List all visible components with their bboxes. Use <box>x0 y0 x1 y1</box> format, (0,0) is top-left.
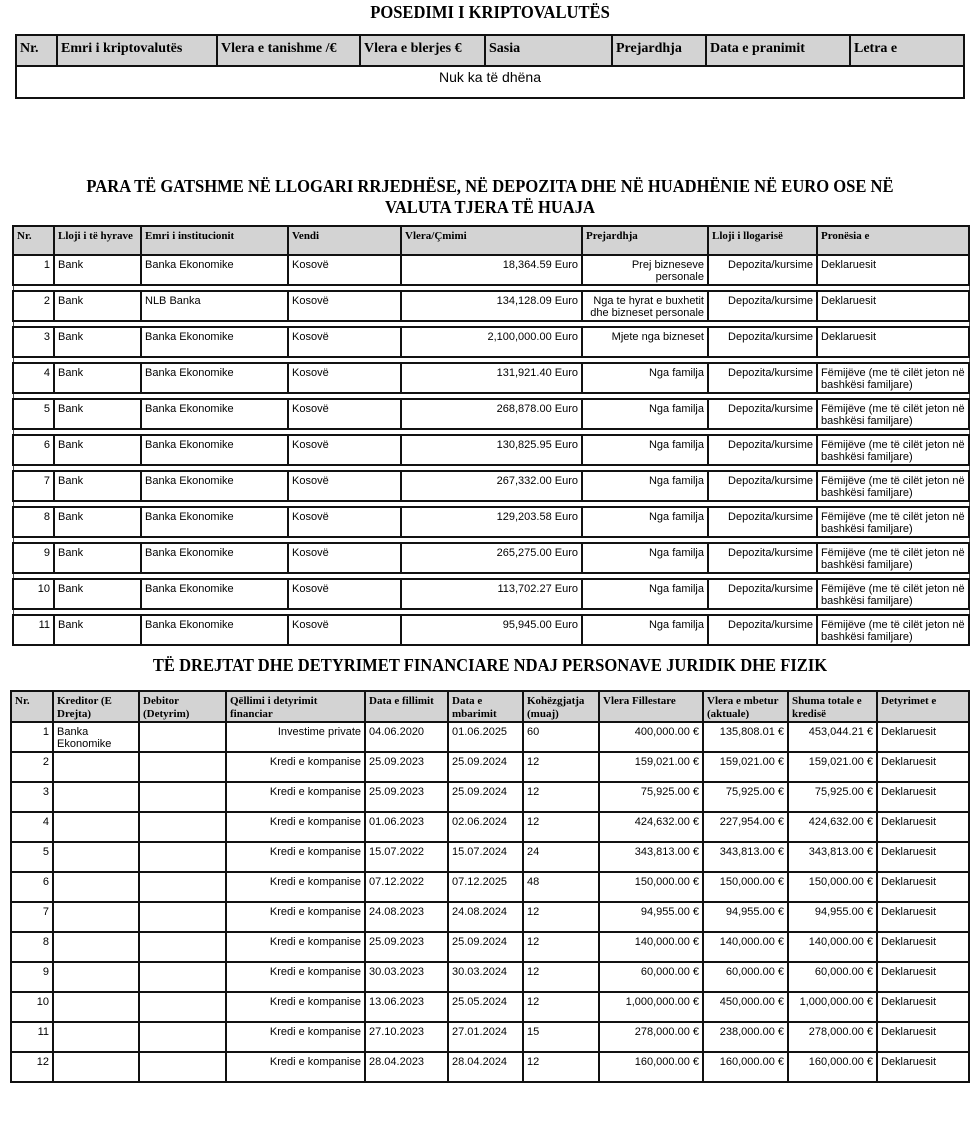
obligations-table-row-cell <box>139 752 226 782</box>
obligations-table-row-cell: 60,000.00 € <box>599 962 703 992</box>
obligations-table-row-cell: 94,955.00 € <box>703 902 788 932</box>
obligations-table-row-cell: Kredi e kompanise <box>226 842 365 872</box>
obligations-header-cell: Debitor (Detyrim) <box>139 691 226 722</box>
cash-table-row-cell: Kosovë <box>288 363 401 393</box>
cash-table-row-cell: Kosovë <box>288 255 401 285</box>
cash-table-row-cell: 8 <box>13 507 54 537</box>
obligations-table-row-cell: 04.06.2020 <box>365 722 448 752</box>
cash-table-row-cell: 2,100,000.00 Euro <box>401 327 582 357</box>
cash-table-row-cell: Bank <box>54 579 141 609</box>
cash-table-row-cell: 7 <box>13 471 54 501</box>
cash-table-row: 5BankBanka EkonomikeKosovë268,878.00 Eur… <box>13 399 969 429</box>
obligations-table-row-cell: 227,954.00 € <box>703 812 788 842</box>
cash-table-row-cell: Bank <box>54 255 141 285</box>
cash-table-row-cell: 11 <box>13 615 54 645</box>
cash-table-row-cell: Depozita/kursime <box>708 435 817 465</box>
obligations-table-row-cell: 60 <box>523 722 599 752</box>
cash-table-row-cell: Nga familja <box>582 399 708 429</box>
obligations-header-cell: Qëllimi i detyrimit financiar <box>226 691 365 722</box>
obligations-table-row-cell: 2 <box>11 752 53 782</box>
cash-table-row-cell: Bank <box>54 543 141 573</box>
cash-table-row-cell: Fëmijëve (me të cilët jeton në bashkësi … <box>817 435 969 465</box>
obligations-table-row-cell: 01.06.2025 <box>448 722 523 752</box>
obligations-table-row-cell <box>139 1022 226 1052</box>
cash-table-row-cell: Banka Ekonomike <box>141 399 288 429</box>
obligations-table-row-cell: 150,000.00 € <box>788 872 877 902</box>
obligations-table-row: 11Kredi e kompanise27.10.202327.01.20241… <box>11 1022 969 1052</box>
obligations-table: Nr. Kreditor (E Drejta) Debitor (Detyrim… <box>10 690 970 1083</box>
obligations-table-row-cell <box>139 902 226 932</box>
obligations-table-row: 1Banka EkonomikeInvestime private04.06.2… <box>11 722 969 752</box>
obligations-header-cell: Data e fillimit <box>365 691 448 722</box>
cash-table: Nr. Lloji i të hyrave Emri i institucion… <box>12 225 970 646</box>
cash-header-cell: Nr. <box>13 226 54 255</box>
obligations-table-row-cell: 343,813.00 € <box>788 842 877 872</box>
obligations-header-cell: Vlera e mbetur (aktuale) <box>703 691 788 722</box>
cash-table-row-cell: Mjete nga bizneset <box>582 327 708 357</box>
obligations-table-row-cell: Kredi e kompanise <box>226 962 365 992</box>
cash-table-row-cell: Fëmijëve (me të cilët jeton në bashkësi … <box>817 363 969 393</box>
obligations-table-row-cell <box>53 932 139 962</box>
obligations-table-row-cell <box>53 1022 139 1052</box>
cash-table-row-cell: Depozita/kursime <box>708 471 817 501</box>
obligations-table-row-cell: Kredi e kompanise <box>226 992 365 1022</box>
cash-header-cell: Prejardhja <box>582 226 708 255</box>
obligations-table-row-cell: Deklaruesit <box>877 1052 969 1082</box>
obligations-table-row-cell: 3 <box>11 782 53 812</box>
obligations-table-row-cell: 140,000.00 € <box>703 932 788 962</box>
obligations-table-row-cell <box>53 872 139 902</box>
cash-table-row-cell: 134,128.09 Euro <box>401 291 582 321</box>
obligations-table-row-cell: 6 <box>11 872 53 902</box>
obligations-table-row: 5Kredi e kompanise15.07.202215.07.202424… <box>11 842 969 872</box>
obligations-table-row-cell: 12 <box>523 992 599 1022</box>
cash-table-row-cell: Nga familja <box>582 471 708 501</box>
obligations-table-row-cell: 25.09.2024 <box>448 782 523 812</box>
obligations-table-row-cell: 25.09.2023 <box>365 752 448 782</box>
obligations-header-cell: Shuma totale e kredisë <box>788 691 877 722</box>
cash-header-cell: Vlera/Çmimi <box>401 226 582 255</box>
obligations-table-row-cell: 238,000.00 € <box>703 1022 788 1052</box>
cash-table-row-cell: Depozita/kursime <box>708 255 817 285</box>
cash-table-row-cell: Deklaruesit <box>817 291 969 321</box>
obligations-table-row-cell: 02.06.2024 <box>448 812 523 842</box>
obligations-table-row-cell: 150,000.00 € <box>599 872 703 902</box>
cash-table-row-cell: 95,945.00 Euro <box>401 615 582 645</box>
cash-table-row-cell: Banka Ekonomike <box>141 471 288 501</box>
obligations-table-row-cell <box>139 962 226 992</box>
crypto-header-cell: Vlera e tanishme /€ <box>217 35 360 66</box>
obligations-header-cell: Kohëzgjatja (muaj) <box>523 691 599 722</box>
cash-table-row-cell: Depozita/kursime <box>708 363 817 393</box>
obligations-table-row-cell: 07.12.2025 <box>448 872 523 902</box>
obligations-table-row-cell: 5 <box>11 842 53 872</box>
obligations-table-row-cell: 12 <box>523 902 599 932</box>
obligations-table-row-cell <box>53 752 139 782</box>
obligations-table-row-cell: 159,021.00 € <box>599 752 703 782</box>
obligations-table-row: 7Kredi e kompanise24.08.202324.08.202412… <box>11 902 969 932</box>
obligations-table-row-cell: 24.08.2024 <box>448 902 523 932</box>
cash-table-row: 10BankBanka EkonomikeKosovë113,702.27 Eu… <box>13 579 969 609</box>
cash-header-cell: Emri i institucionit <box>141 226 288 255</box>
obligations-table-row-cell: 9 <box>11 962 53 992</box>
obligations-table-row-cell: Investime private <box>226 722 365 752</box>
cash-table-row: 8BankBanka EkonomikeKosovë129,203.58 Eur… <box>13 507 969 537</box>
cash-table-row-cell: Bank <box>54 471 141 501</box>
cash-table-row-cell: Nga familja <box>582 435 708 465</box>
obligations-table-row-cell: 400,000.00 € <box>599 722 703 752</box>
cash-table-row-cell: 4 <box>13 363 54 393</box>
obligations-table-row-cell: 24 <box>523 842 599 872</box>
obligations-table-row-cell: 4 <box>11 812 53 842</box>
obligations-table-row-cell: Kredi e kompanise <box>226 932 365 962</box>
obligations-table-row-cell: 160,000.00 € <box>703 1052 788 1082</box>
cash-table-row-cell: Depozita/kursime <box>708 615 817 645</box>
obligations-table-row-cell <box>139 812 226 842</box>
obligations-table-row-cell: 07.12.2022 <box>365 872 448 902</box>
obligations-table-row: 3Kredi e kompanise25.09.202325.09.202412… <box>11 782 969 812</box>
cash-table-row-cell: 130,825.95 Euro <box>401 435 582 465</box>
cash-header-cell: Lloji i të hyrave <box>54 226 141 255</box>
obligations-table-row-cell: 75,925.00 € <box>703 782 788 812</box>
cash-table-row-cell: 6 <box>13 435 54 465</box>
obligations-table-row-cell <box>53 842 139 872</box>
cash-table-row-cell: Fëmijëve (me të cilët jeton në bashkësi … <box>817 471 969 501</box>
obligations-table-row-cell: 27.10.2023 <box>365 1022 448 1052</box>
obligations-table-row-cell: 94,955.00 € <box>788 902 877 932</box>
obligations-table-row-cell: Kredi e kompanise <box>226 812 365 842</box>
obligations-table-row-cell <box>139 782 226 812</box>
cash-title-line2: VALUTA TJERA TË HUAJA <box>39 197 941 218</box>
obligations-table-row-cell: 424,632.00 € <box>788 812 877 842</box>
cash-table-row-cell: 113,702.27 Euro <box>401 579 582 609</box>
cash-table-row-cell: Fëmijëve (me të cilët jeton në bashkësi … <box>817 579 969 609</box>
cash-table-row-cell: Banka Ekonomike <box>141 255 288 285</box>
obligations-table-row-cell: 60,000.00 € <box>703 962 788 992</box>
obligations-table-row-cell: Kredi e kompanise <box>226 752 365 782</box>
obligations-table-row-cell <box>53 1052 139 1082</box>
cash-table-row-cell: 3 <box>13 327 54 357</box>
obligations-header-cell: Nr. <box>11 691 53 722</box>
obligations-table-row-cell: Kredi e kompanise <box>226 1022 365 1052</box>
cash-table-row-cell: Bank <box>54 399 141 429</box>
cash-table-row-cell: Depozita/kursime <box>708 507 817 537</box>
obligations-table-row-cell: 25.09.2024 <box>448 932 523 962</box>
cash-header-cell: Vendi <box>288 226 401 255</box>
cash-table-row-cell: 5 <box>13 399 54 429</box>
obligations-table-row-cell: 150,000.00 € <box>703 872 788 902</box>
cash-table-row-cell: Nga familja <box>582 579 708 609</box>
obligations-table-row-cell: 25.05.2024 <box>448 992 523 1022</box>
cash-table-row: 11BankBanka EkonomikeKosovë95,945.00 Eur… <box>13 615 969 645</box>
cash-table-row-cell: 2 <box>13 291 54 321</box>
obligations-table-row-cell: 30.03.2023 <box>365 962 448 992</box>
cash-table-row-cell: Fëmijëve (me të cilët jeton në bashkësi … <box>817 399 969 429</box>
cash-table-row-cell: 9 <box>13 543 54 573</box>
crypto-header-cell: Emri i kriptovalutës <box>57 35 217 66</box>
obligations-table-row-cell: 01.06.2023 <box>365 812 448 842</box>
cash-table-row-cell: Kosovë <box>288 435 401 465</box>
obligations-table-row-cell: 8 <box>11 932 53 962</box>
obligations-table-row-cell: 24.08.2023 <box>365 902 448 932</box>
cash-table-row-cell: Kosovë <box>288 579 401 609</box>
obligations-table-row-cell: 1 <box>11 722 53 752</box>
obligations-table-row-cell: 1,000,000.00 € <box>599 992 703 1022</box>
cash-table-row-cell: Nga familja <box>582 543 708 573</box>
obligations-table-row-cell: Kredi e kompanise <box>226 782 365 812</box>
cash-table-row-cell: Bank <box>54 291 141 321</box>
crypto-header-cell: Data e pranimit <box>706 35 850 66</box>
obligations-table-row-cell: Banka Ekonomike <box>53 722 139 752</box>
obligations-header-cell: Vlera Fillestare <box>599 691 703 722</box>
obligations-table-row: 10Kredi e kompanise13.06.202325.05.20241… <box>11 992 969 1022</box>
obligations-table-row-cell: 1,000,000.00 € <box>788 992 877 1022</box>
obligations-table-row-cell: 28.04.2024 <box>448 1052 523 1082</box>
cash-table-row-cell: 267,332.00 Euro <box>401 471 582 501</box>
cash-table-row: 4BankBanka EkonomikeKosovë131,921.40 Eur… <box>13 363 969 393</box>
obligations-table-row-cell <box>139 872 226 902</box>
cash-table-row-cell: Banka Ekonomike <box>141 543 288 573</box>
obligations-table-row-cell: 160,000.00 € <box>788 1052 877 1082</box>
obligations-table-row-cell: 450,000.00 € <box>703 992 788 1022</box>
obligations-table-row-cell: Deklaruesit <box>877 992 969 1022</box>
cash-table-row-cell: Fëmijëve (me të cilët jeton në bashkësi … <box>817 615 969 645</box>
obligations-table-row-cell <box>53 782 139 812</box>
obligations-table-row-cell: 159,021.00 € <box>788 752 877 782</box>
cash-table-row-cell: Banka Ekonomike <box>141 615 288 645</box>
obligations-table-row-cell: Deklaruesit <box>877 782 969 812</box>
obligations-table-row-cell <box>53 812 139 842</box>
obligations-table-row-cell: 11 <box>11 1022 53 1052</box>
cash-table-row-cell: NLB Banka <box>141 291 288 321</box>
cash-table-row-cell: Fëmijëve (me të cilët jeton në bashkësi … <box>817 507 969 537</box>
cash-table-row-cell: Kosovë <box>288 615 401 645</box>
crypto-empty-message: Nuk ka të dhëna <box>16 66 964 98</box>
obligations-table-row-cell: Deklaruesit <box>877 962 969 992</box>
crypto-header-cell: Prejardhja <box>612 35 706 66</box>
obligations-table-row-cell <box>53 902 139 932</box>
obligations-table-row-cell <box>139 992 226 1022</box>
cash-header-row: Nr. Lloji i të hyrave Emri i institucion… <box>13 226 969 255</box>
obligations-table-row-cell: 15.07.2022 <box>365 842 448 872</box>
obligations-table-row-cell: 278,000.00 € <box>788 1022 877 1052</box>
obligations-table-row-cell: 12 <box>523 812 599 842</box>
cash-table-row-cell: 268,878.00 Euro <box>401 399 582 429</box>
cash-table-row-cell: Nga familja <box>582 507 708 537</box>
cash-table-row-cell: Kosovë <box>288 327 401 357</box>
cash-table-row-cell: Bank <box>54 507 141 537</box>
obligations-table-row-cell: 25.09.2024 <box>448 752 523 782</box>
obligations-table-row-cell: 278,000.00 € <box>599 1022 703 1052</box>
cash-table-row-cell: Depozita/kursime <box>708 327 817 357</box>
cash-table-row-cell: Kosovë <box>288 471 401 501</box>
cash-table-row-cell: Bank <box>54 327 141 357</box>
cash-table-row: 2BankNLB BankaKosovë134,128.09 EuroNga t… <box>13 291 969 321</box>
obligations-table-row: 8Kredi e kompanise25.09.202325.09.202412… <box>11 932 969 962</box>
obligations-table-row-cell: 12 <box>11 1052 53 1082</box>
obligations-table-row-cell: 15.07.2024 <box>448 842 523 872</box>
cash-table-row-cell: Kosovë <box>288 399 401 429</box>
obligations-table-row-cell: 13.06.2023 <box>365 992 448 1022</box>
obligations-table-row-cell: 135,808.01 € <box>703 722 788 752</box>
cash-table-row-cell: 265,275.00 Euro <box>401 543 582 573</box>
cash-table-row-cell: Nga te hyrat e buxhetit dhe bizneset per… <box>582 291 708 321</box>
obligations-table-row-cell: Kredi e kompanise <box>226 1052 365 1082</box>
obligations-table-row: 9Kredi e kompanise30.03.202330.03.202412… <box>11 962 969 992</box>
crypto-header-cell: Sasia <box>485 35 612 66</box>
cash-table-row-cell: Bank <box>54 615 141 645</box>
cash-table-row: 3BankBanka EkonomikeKosovë2,100,000.00 E… <box>13 327 969 357</box>
obligations-table-row-cell: 453,044.21 € <box>788 722 877 752</box>
cash-table-row-cell: Depozita/kursime <box>708 579 817 609</box>
cash-table-row-cell: Banka Ekonomike <box>141 435 288 465</box>
obligations-table-row-cell <box>139 722 226 752</box>
obligations-header-cell: Data e mbarimit <box>448 691 523 722</box>
obligations-table-row-cell: Deklaruesit <box>877 902 969 932</box>
cash-title-line1: PARA TË GATSHME NË LLOGARI RRJEDHËSE, NË… <box>39 176 941 197</box>
cash-table-row-cell: 18,364.59 Euro <box>401 255 582 285</box>
obligations-table-row-cell: 60,000.00 € <box>788 962 877 992</box>
obligations-table-row-cell: Deklaruesit <box>877 752 969 782</box>
obligations-header-cell: Detyrimet e <box>877 691 969 722</box>
obligations-section-title: TË DREJTAT DHE DETYRIMET FINANCIARE NDAJ… <box>39 655 941 676</box>
cash-table-row-cell: Deklaruesit <box>817 327 969 357</box>
cash-header-cell: Pronësia e <box>817 226 969 255</box>
cash-table-row-cell: Depozita/kursime <box>708 543 817 573</box>
obligations-table-row-cell: 140,000.00 € <box>788 932 877 962</box>
obligations-table-row-cell: 343,813.00 € <box>599 842 703 872</box>
cash-section-title: PARA TË GATSHME NË LLOGARI RRJEDHËSE, NË… <box>39 176 941 218</box>
cash-table-row-cell: Nga familja <box>582 363 708 393</box>
cash-table-row-cell: Depozita/kursime <box>708 291 817 321</box>
obligations-table-row-cell: 75,925.00 € <box>599 782 703 812</box>
cash-table-row: 7BankBanka EkonomikeKosovë267,332.00 Eur… <box>13 471 969 501</box>
obligations-table-row-cell: 140,000.00 € <box>599 932 703 962</box>
cash-table-row-cell: Kosovë <box>288 507 401 537</box>
obligations-table-row-cell: Deklaruesit <box>877 872 969 902</box>
obligations-table-row-cell: 343,813.00 € <box>703 842 788 872</box>
obligations-header-cell: Kreditor (E Drejta) <box>53 691 139 722</box>
obligations-table-row-cell: 25.09.2023 <box>365 932 448 962</box>
obligations-table-row-cell: 12 <box>523 782 599 812</box>
obligations-table-row-cell: 48 <box>523 872 599 902</box>
cash-table-row-cell: Banka Ekonomike <box>141 507 288 537</box>
crypto-section-title: POSEDIMI I KRIPTOVALUTËS <box>39 2 941 23</box>
cash-table-row-cell: Banka Ekonomike <box>141 579 288 609</box>
obligations-table-row-cell: 75,925.00 € <box>788 782 877 812</box>
crypto-header-cell: Nr. <box>16 35 57 66</box>
obligations-table-row-cell: Deklaruesit <box>877 722 969 752</box>
obligations-table-row: 4Kredi e kompanise01.06.202302.06.202412… <box>11 812 969 842</box>
crypto-header-cell: Letra e <box>850 35 964 66</box>
obligations-table-row-cell: 15 <box>523 1022 599 1052</box>
obligations-table-row-cell <box>139 1052 226 1082</box>
obligations-table-row-cell: Deklaruesit <box>877 1022 969 1052</box>
crypto-header-cell: Vlera e blerjes € <box>360 35 485 66</box>
cash-table-row-cell: Nga familja <box>582 615 708 645</box>
obligations-table-row-cell <box>139 842 226 872</box>
cash-table-row-cell: Banka Ekonomike <box>141 363 288 393</box>
cash-table-row-cell: 131,921.40 Euro <box>401 363 582 393</box>
cash-table-row-cell: Bank <box>54 435 141 465</box>
obligations-table-row-cell: 7 <box>11 902 53 932</box>
obligations-table-row: 2Kredi e kompanise25.09.202325.09.202412… <box>11 752 969 782</box>
cash-table-row-cell: Depozita/kursime <box>708 399 817 429</box>
obligations-table-row-cell: Deklaruesit <box>877 812 969 842</box>
obligations-table-row: 12Kredi e kompanise28.04.202328.04.20241… <box>11 1052 969 1082</box>
obligations-table-row-cell: Deklaruesit <box>877 932 969 962</box>
obligations-table-row-cell: 28.04.2023 <box>365 1052 448 1082</box>
obligations-table-row-cell: 12 <box>523 962 599 992</box>
obligations-header-row: Nr. Kreditor (E Drejta) Debitor (Detyrim… <box>11 691 969 722</box>
obligations-table-row-cell: 27.01.2024 <box>448 1022 523 1052</box>
obligations-table-row-cell <box>139 932 226 962</box>
cash-table-row-cell: Banka Ekonomike <box>141 327 288 357</box>
obligations-table-row-cell: Kredi e kompanise <box>226 902 365 932</box>
cash-table-row-cell: Bank <box>54 363 141 393</box>
obligations-table-row-cell: 30.03.2024 <box>448 962 523 992</box>
cash-table-row-cell: 1 <box>13 255 54 285</box>
obligations-table-row-cell: Kredi e kompanise <box>226 872 365 902</box>
cash-table-row-cell: Fëmijëve (me të cilët jeton në bashkësi … <box>817 543 969 573</box>
obligations-table-row-cell: 12 <box>523 932 599 962</box>
obligations-table-row-cell: 12 <box>523 752 599 782</box>
cash-table-row: 6BankBanka EkonomikeKosovë130,825.95 Eur… <box>13 435 969 465</box>
cash-header-cell: Lloji i llogarisë <box>708 226 817 255</box>
cash-table-row-cell: Deklaruesit <box>817 255 969 285</box>
cash-table-row-cell: Kosovë <box>288 543 401 573</box>
obligations-table-row-cell: 424,632.00 € <box>599 812 703 842</box>
obligations-table-row-cell: 10 <box>11 992 53 1022</box>
obligations-table-row-cell <box>53 992 139 1022</box>
obligations-table-row: 6Kredi e kompanise07.12.202207.12.202548… <box>11 872 969 902</box>
cash-table-row-cell: Prej bizneseve personale <box>582 255 708 285</box>
obligations-table-row-cell: 25.09.2023 <box>365 782 448 812</box>
obligations-table-row-cell: Deklaruesit <box>877 842 969 872</box>
cash-table-row-cell: Kosovë <box>288 291 401 321</box>
crypto-header-row: Nr. Emri i kriptovalutës Vlera e tanishm… <box>16 35 964 66</box>
cash-table-row-cell: 129,203.58 Euro <box>401 507 582 537</box>
cash-table-row: 1BankBanka EkonomikeKosovë18,364.59 Euro… <box>13 255 969 285</box>
cash-table-row: 9BankBanka EkonomikeKosovë265,275.00 Eur… <box>13 543 969 573</box>
obligations-table-row-cell: 94,955.00 € <box>599 902 703 932</box>
obligations-table-row-cell <box>53 962 139 992</box>
obligations-table-row-cell: 160,000.00 € <box>599 1052 703 1082</box>
obligations-table-row-cell: 12 <box>523 1052 599 1082</box>
cash-table-row-cell: 10 <box>13 579 54 609</box>
obligations-table-row-cell: 159,021.00 € <box>703 752 788 782</box>
crypto-table: Nr. Emri i kriptovalutës Vlera e tanishm… <box>15 34 965 99</box>
